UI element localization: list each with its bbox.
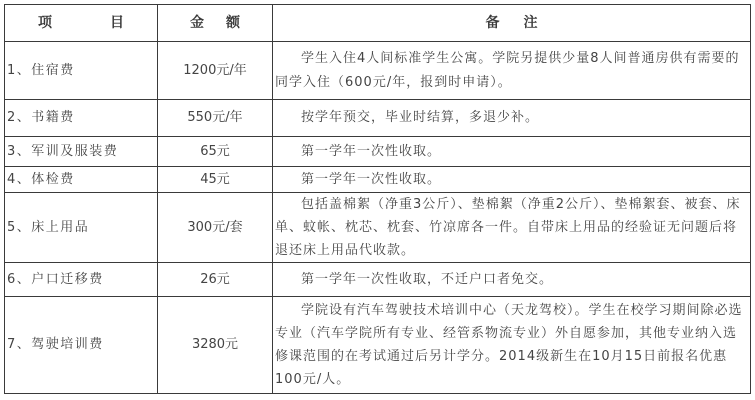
row-item: 7、驾驶培训费	[5, 297, 158, 394]
row-item: 1、住宿费	[5, 42, 158, 100]
row-note: 学院设有汽车驾驶技术培训中心（天龙驾校）。学生在校学习期间除必选专业（汽车学院所…	[273, 297, 751, 394]
row-note: 第一学年一次性收取。	[273, 137, 751, 167]
header-amount-char-2: 额	[226, 15, 240, 31]
row-item: 3、军训及服装费	[5, 137, 158, 167]
row-item: 6、户口迁移费	[5, 263, 158, 297]
row-item: 2、书籍费	[5, 100, 158, 137]
row-amount: 1200元/年	[158, 42, 273, 100]
row-amount: 3280元	[158, 297, 273, 394]
header-amount-char-1: 金	[190, 15, 204, 31]
table-row: 1、住宿费 1200元/年 学生入住4人间标准学生公寓。学院另提供少量8人间普通…	[5, 42, 751, 100]
table-row: 5、床上用品 300元/套 包括盖棉絮（净重3公斤）、垫棉絮（净重2公斤）、垫棉…	[5, 193, 751, 263]
table-row: 7、驾驶培训费 3280元 学院设有汽车驾驶技术培训中心（天龙驾校）。学生在校学…	[5, 297, 751, 394]
row-note-text: 第一学年一次性收取。	[275, 140, 744, 164]
header-note-char-2: 注	[524, 15, 538, 31]
header-note: 备注	[273, 5, 751, 42]
header-amount: 金额	[158, 5, 273, 42]
row-amount: 26元	[158, 263, 273, 297]
row-note-text: 第一学年一次性收取，不迁户口者免交。	[275, 268, 744, 292]
row-amount: 300元/套	[158, 193, 273, 263]
table-row: 4、体检费 45元 第一学年一次性收取。	[5, 167, 751, 193]
row-note-text: 包括盖棉絮（净重3公斤）、垫棉絮（净重2公斤）、垫棉絮套、被套、床单、蚊帐、枕芯…	[275, 193, 744, 262]
row-amount: 65元	[158, 137, 273, 167]
table-row: 3、军训及服装费 65元 第一学年一次性收取。	[5, 137, 751, 167]
row-note-text: 学院设有汽车驾驶技术培训中心（天龙驾校）。学生在校学习期间除必选专业（汽车学院所…	[275, 299, 744, 391]
row-note: 学生入住4人间标准学生公寓。学院另提供少量8人间普通房供有需要的同学入住（600…	[273, 42, 751, 100]
row-item: 5、床上用品	[5, 193, 158, 263]
row-note: 按学年预交，毕业时结算，多退少补。	[273, 100, 751, 137]
row-note-text: 第一学年一次性收取。	[275, 168, 744, 192]
table-row: 2、书籍费 550元/年 按学年预交，毕业时结算，多退少补。	[5, 100, 751, 137]
header-item-char-2: 目	[110, 15, 124, 31]
row-note: 第一学年一次性收取，不迁户口者免交。	[273, 263, 751, 297]
table-row: 6、户口迁移费 26元 第一学年一次性收取，不迁户口者免交。	[5, 263, 751, 297]
row-amount: 45元	[158, 167, 273, 193]
row-note-text: 按学年预交，毕业时结算，多退少补。	[275, 106, 744, 130]
row-item: 4、体检费	[5, 167, 158, 193]
fee-table: 项目 金额 备注 1、住宿费 1200元/年 学生入住4人间标准学生公寓。学院另…	[4, 4, 751, 394]
row-amount: 550元/年	[158, 100, 273, 137]
header-note-char-1: 备	[486, 15, 500, 31]
row-note: 第一学年一次性收取。	[273, 167, 751, 193]
header-item-char-1: 项	[38, 15, 52, 31]
row-note: 包括盖棉絮（净重3公斤）、垫棉絮（净重2公斤）、垫棉絮套、被套、床单、蚊帐、枕芯…	[273, 193, 751, 263]
header-item: 项目	[5, 5, 158, 42]
header-row: 项目 金额 备注	[5, 5, 751, 42]
row-note-text: 学生入住4人间标准学生公寓。学院另提供少量8人间普通房供有需要的同学入住（600…	[275, 47, 744, 95]
